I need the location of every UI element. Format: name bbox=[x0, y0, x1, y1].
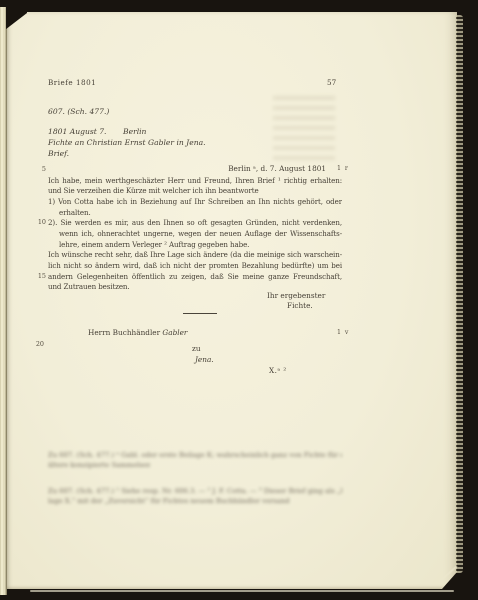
letter-body-line: Ich wünsche recht sehr, daß Ihre Lage si… bbox=[48, 250, 342, 261]
letter-body-line: lich nicht so ändern wird, daß ich nicht… bbox=[48, 261, 342, 272]
footnote-block-blurred-2: Zu 607. (Sch. 477.) ¹ Siehe resp. Nr. 60… bbox=[48, 486, 342, 507]
heading-date: 1801 August 7. bbox=[48, 127, 106, 136]
margin-line-number-5: 5 bbox=[31, 165, 46, 173]
address-city: Jena. bbox=[195, 355, 214, 364]
footnote-block-blurred-1: Zu 607. (Sch. 477.) ᵃ Gabl. oder erste B… bbox=[48, 450, 342, 471]
letter-dateline: Berlin ᵃ, d. 7. August 1801 bbox=[48, 164, 326, 173]
margin-line-number-20: 20 bbox=[29, 340, 44, 348]
address-recipient: Herrn Buchhändler Gabler bbox=[88, 328, 187, 337]
letter-number: 607. (Sch. 477.) bbox=[48, 107, 109, 116]
letter-body-line: Ich habe, mein werthgeschäzter Herr und … bbox=[48, 176, 342, 187]
folio-mark-recto: 1 r bbox=[337, 165, 349, 172]
separator-rule bbox=[183, 313, 217, 314]
address-prefix: Herrn Buchhändler bbox=[88, 328, 162, 337]
footnote-line: lage X.“ mit der „Zuversicht“ für Fichte… bbox=[48, 496, 290, 506]
address-zu: zu bbox=[192, 344, 201, 353]
deckle-edge-texture bbox=[456, 15, 463, 573]
margin-line-number-15: 15 bbox=[31, 272, 46, 280]
letter-body-line: wenn ich, ohnerachtet ungerne, wegen der… bbox=[48, 229, 342, 240]
letter-body-line: 2). Sie werden es mir, aus den Ihnen so … bbox=[48, 218, 342, 229]
letter-body-line: 1) Von Cotta habe ich in Beziehung auf I… bbox=[48, 197, 342, 208]
footnote-line: ältere konzipierte Sammelsendung. bbox=[48, 460, 150, 470]
letter-body: Ich habe, mein werthgeschäzter Herr und … bbox=[48, 176, 342, 293]
heading-parties: Fichte an Christian Ernst Gabler in Jena… bbox=[48, 138, 206, 149]
footnote-line: Zu 607. (Sch. 477.) ᵃ Gabl. oder erste B… bbox=[48, 450, 342, 460]
book-page: Briefe 1801 57 607. (Sch. 477.) 1801 Aug… bbox=[7, 12, 457, 589]
letter-body-line: lehre, einem andern Verleger ² Auftrag g… bbox=[48, 240, 342, 251]
heading-place: Berlin bbox=[123, 127, 146, 138]
margin-line-number-10: 10 bbox=[31, 218, 46, 226]
heading-type: Brief. bbox=[48, 149, 206, 160]
footnote-line: Zu 607. (Sch. 477.) ¹ Siehe resp. Nr. 60… bbox=[48, 486, 342, 496]
letter-signature: Fichte. bbox=[287, 301, 313, 310]
running-head: Briefe 1801 bbox=[48, 78, 96, 87]
letter-body-line: und Sie verzeihen die Kürze mit welcher … bbox=[48, 186, 342, 197]
letter-body-line: andern Gelegenheiten öffentlich zu zeige… bbox=[48, 272, 342, 283]
letter-body-line: erhalten. bbox=[48, 208, 342, 219]
address-enclosure-mark: X.ᵃ ² bbox=[269, 366, 287, 375]
page-number: 57 bbox=[327, 78, 336, 87]
folio-mark-verso: 1 v bbox=[337, 329, 349, 336]
address-name: Gabler bbox=[162, 328, 187, 337]
heading-date-line: 1801 August 7. Berlin bbox=[48, 127, 206, 138]
bottom-page-edge-highlight bbox=[30, 590, 454, 592]
verso-showthrough-ghost bbox=[273, 96, 335, 162]
letter-closing: Ihr ergebenster bbox=[267, 291, 325, 300]
scanned-book-photo: Briefe 1801 57 607. (Sch. 477.) 1801 Aug… bbox=[0, 0, 478, 600]
letter-heading: 1801 August 7. Berlin Fichte an Christia… bbox=[48, 127, 206, 160]
page-edge-stack bbox=[0, 7, 7, 595]
